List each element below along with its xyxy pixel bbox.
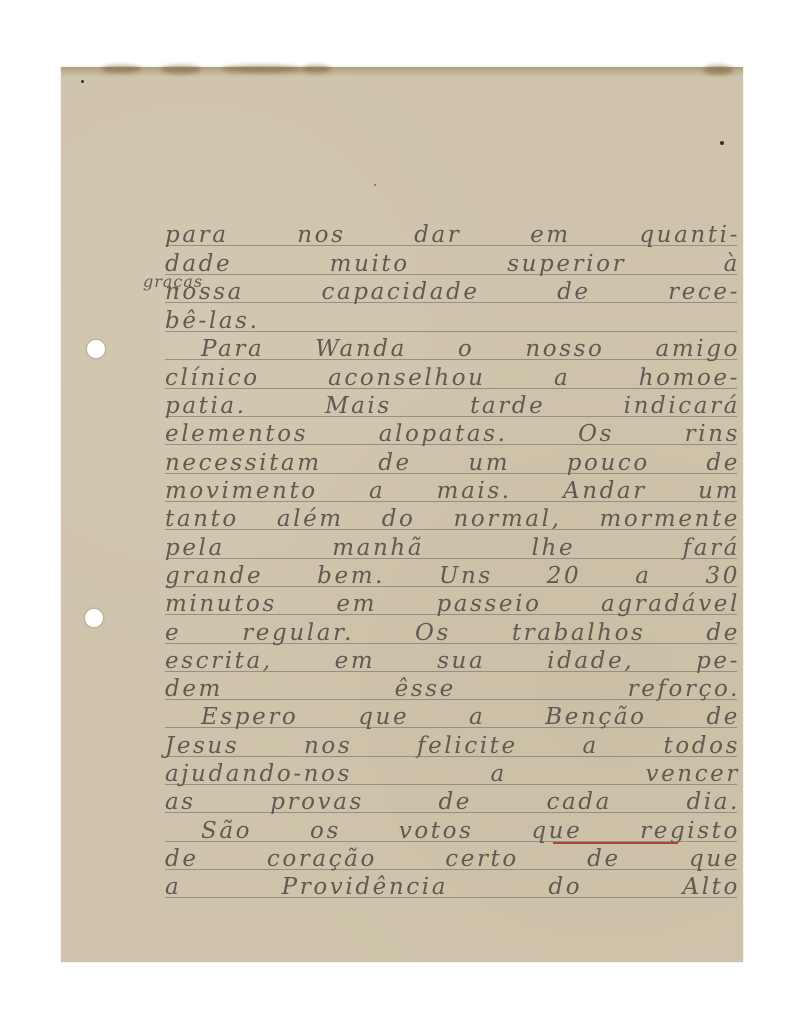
word: reforço.: [628, 675, 740, 703]
word: nossa: [165, 278, 244, 306]
word: 30: [705, 562, 739, 590]
word: quanti-: [639, 221, 740, 249]
word: patia.: [165, 392, 247, 420]
word: de: [706, 703, 740, 731]
word: normal,: [453, 505, 561, 533]
word: e: [165, 619, 181, 647]
word: regular.: [242, 619, 354, 647]
letter-page: graças paranosdaremquanti- dademuitosupe…: [61, 67, 743, 962]
stain-mark: [703, 65, 733, 75]
word: um: [468, 449, 510, 477]
word: São: [201, 817, 252, 845]
word: idade,: [547, 647, 634, 675]
text-line: movimentoamais.Andarum: [165, 477, 740, 505]
word: Wanda: [315, 335, 407, 363]
text-line: bê-las.: [165, 307, 740, 335]
word: de: [706, 619, 740, 647]
text-line: pelamanhãlhefará: [165, 534, 740, 562]
word: Jesus: [165, 732, 239, 760]
word: bê-las.: [165, 307, 260, 335]
word: rece-: [668, 278, 740, 306]
speck: [81, 80, 84, 83]
word: movimento: [165, 477, 318, 505]
stain-mark: [161, 65, 201, 74]
word: todos: [664, 732, 740, 760]
word: felicite: [417, 732, 518, 760]
word: grande: [165, 562, 263, 590]
word: elementos: [165, 420, 308, 448]
text-line: ParaWandaonossoamigo: [165, 335, 740, 363]
stain-mark: [101, 65, 141, 73]
word: um: [698, 477, 740, 505]
word: em: [530, 221, 571, 249]
punch-hole: [85, 609, 103, 627]
word: Andar: [563, 477, 647, 505]
text-line: grandebem.Uns20a30: [165, 562, 740, 590]
word: manhã: [332, 534, 424, 562]
word: de: [587, 845, 621, 873]
word: de: [557, 278, 591, 306]
word: dade: [165, 250, 232, 278]
word: pela: [165, 534, 225, 562]
word: em: [335, 647, 376, 675]
word: para: [165, 221, 229, 249]
word: Espero: [201, 703, 298, 731]
word: agradável: [601, 590, 740, 618]
word: de: [438, 788, 472, 816]
word: êsse: [395, 675, 456, 703]
word: a: [554, 364, 570, 392]
word: fará: [683, 534, 740, 562]
word: Para: [201, 335, 264, 363]
text-line: elementosalopatas.Osrins: [165, 420, 740, 448]
word: aconselhou: [328, 364, 486, 392]
text-line: escrita,emsuaidade,pe-: [165, 647, 740, 675]
word: a: [491, 760, 507, 788]
word: tanto: [165, 505, 239, 533]
text-line: paranosdaremquanti-: [165, 221, 740, 249]
word: certo: [445, 845, 519, 873]
word: 20: [547, 562, 581, 590]
word: à: [724, 250, 740, 278]
word: mormente: [599, 505, 740, 533]
punch-hole: [87, 340, 105, 358]
text-line: clínicoaconselhouahomoe-: [165, 364, 740, 392]
word: nosso: [525, 335, 604, 363]
text-line: tantoalémdonormal,mormente: [165, 505, 740, 533]
word: pe-: [696, 647, 740, 675]
word: Mais: [325, 392, 392, 420]
word: que: [531, 817, 582, 845]
word: lhe: [532, 534, 576, 562]
word: pouco: [567, 449, 650, 477]
word: dar: [414, 221, 461, 249]
word: votos: [399, 817, 474, 845]
word: Benção: [545, 703, 646, 731]
word: alopatas.: [379, 420, 508, 448]
word: coração: [267, 845, 377, 873]
word: Os: [578, 420, 614, 448]
word: vencer: [645, 760, 740, 788]
text-line: demêssereforço.: [165, 675, 740, 703]
word: de: [378, 449, 412, 477]
text-line: necessitamdeumpoucode: [165, 449, 740, 477]
word: nos: [304, 732, 352, 760]
word: cada: [547, 788, 612, 816]
word: dem: [165, 675, 223, 703]
word: necessitam: [165, 449, 322, 477]
text-line: asprovasdecadadia.: [165, 788, 740, 816]
text-line: dademuitosuperiorà: [165, 250, 740, 278]
word: as: [165, 788, 196, 816]
word: os: [310, 817, 341, 845]
word: que: [689, 845, 740, 873]
word: de: [165, 845, 199, 873]
word: a: [469, 703, 485, 731]
word: homoe-: [639, 364, 740, 392]
word: muito: [330, 250, 410, 278]
text-line: patia.Maistardeindicará: [165, 392, 740, 420]
text-line: eregular.Ostrabalhosde: [165, 619, 740, 647]
word: rins: [685, 420, 740, 448]
stain-mark: [221, 65, 301, 73]
word: a: [165, 873, 181, 901]
word: em: [336, 590, 377, 618]
word: que: [358, 703, 409, 731]
word: mais.: [437, 477, 512, 505]
word: Providência: [282, 873, 448, 901]
word: Uns: [439, 562, 493, 590]
word: do: [548, 873, 582, 901]
word: clínico: [165, 364, 260, 392]
word: escrita,: [165, 647, 273, 675]
text-line: EsperoqueaBençãode: [165, 703, 740, 731]
red-pencil-underline: [553, 842, 678, 844]
text-line: aProvidênciadoAlto: [165, 873, 740, 901]
word: capacidade: [322, 278, 480, 306]
word: nos: [297, 221, 345, 249]
speck: [720, 141, 724, 145]
word: trabalhos: [512, 619, 646, 647]
text-line: nossacapacidadederece-: [165, 278, 740, 306]
word: bem.: [317, 562, 385, 590]
word: passeio: [436, 590, 541, 618]
word: ajudando-nos: [165, 760, 352, 788]
text-line: Jesusnosfeliciteatodos: [165, 732, 740, 760]
word: do: [382, 505, 416, 533]
word: tarde: [470, 392, 545, 420]
word: o: [458, 335, 474, 363]
word: indicará: [624, 392, 740, 420]
text-line: decoraçãocertodeque: [165, 845, 740, 873]
word: dia.: [686, 788, 740, 816]
word: a: [369, 477, 385, 505]
word: amigo: [656, 335, 740, 363]
word: minutos: [165, 590, 277, 618]
text-line: ajudando-nosavencer: [165, 760, 740, 788]
word: registo: [640, 817, 740, 845]
word: além: [277, 505, 344, 533]
word: a: [635, 562, 651, 590]
word: Os: [415, 619, 451, 647]
text-line: minutosempasseioagradável: [165, 590, 740, 618]
text-line: Sãoosvotosqueregisto: [165, 817, 740, 845]
word: provas: [270, 788, 364, 816]
stain-mark: [301, 65, 331, 73]
speck: [374, 184, 376, 186]
word: superior: [507, 250, 626, 278]
word: Alto: [683, 873, 740, 901]
word: a: [582, 732, 598, 760]
word: de: [706, 449, 740, 477]
word: sua: [437, 647, 485, 675]
